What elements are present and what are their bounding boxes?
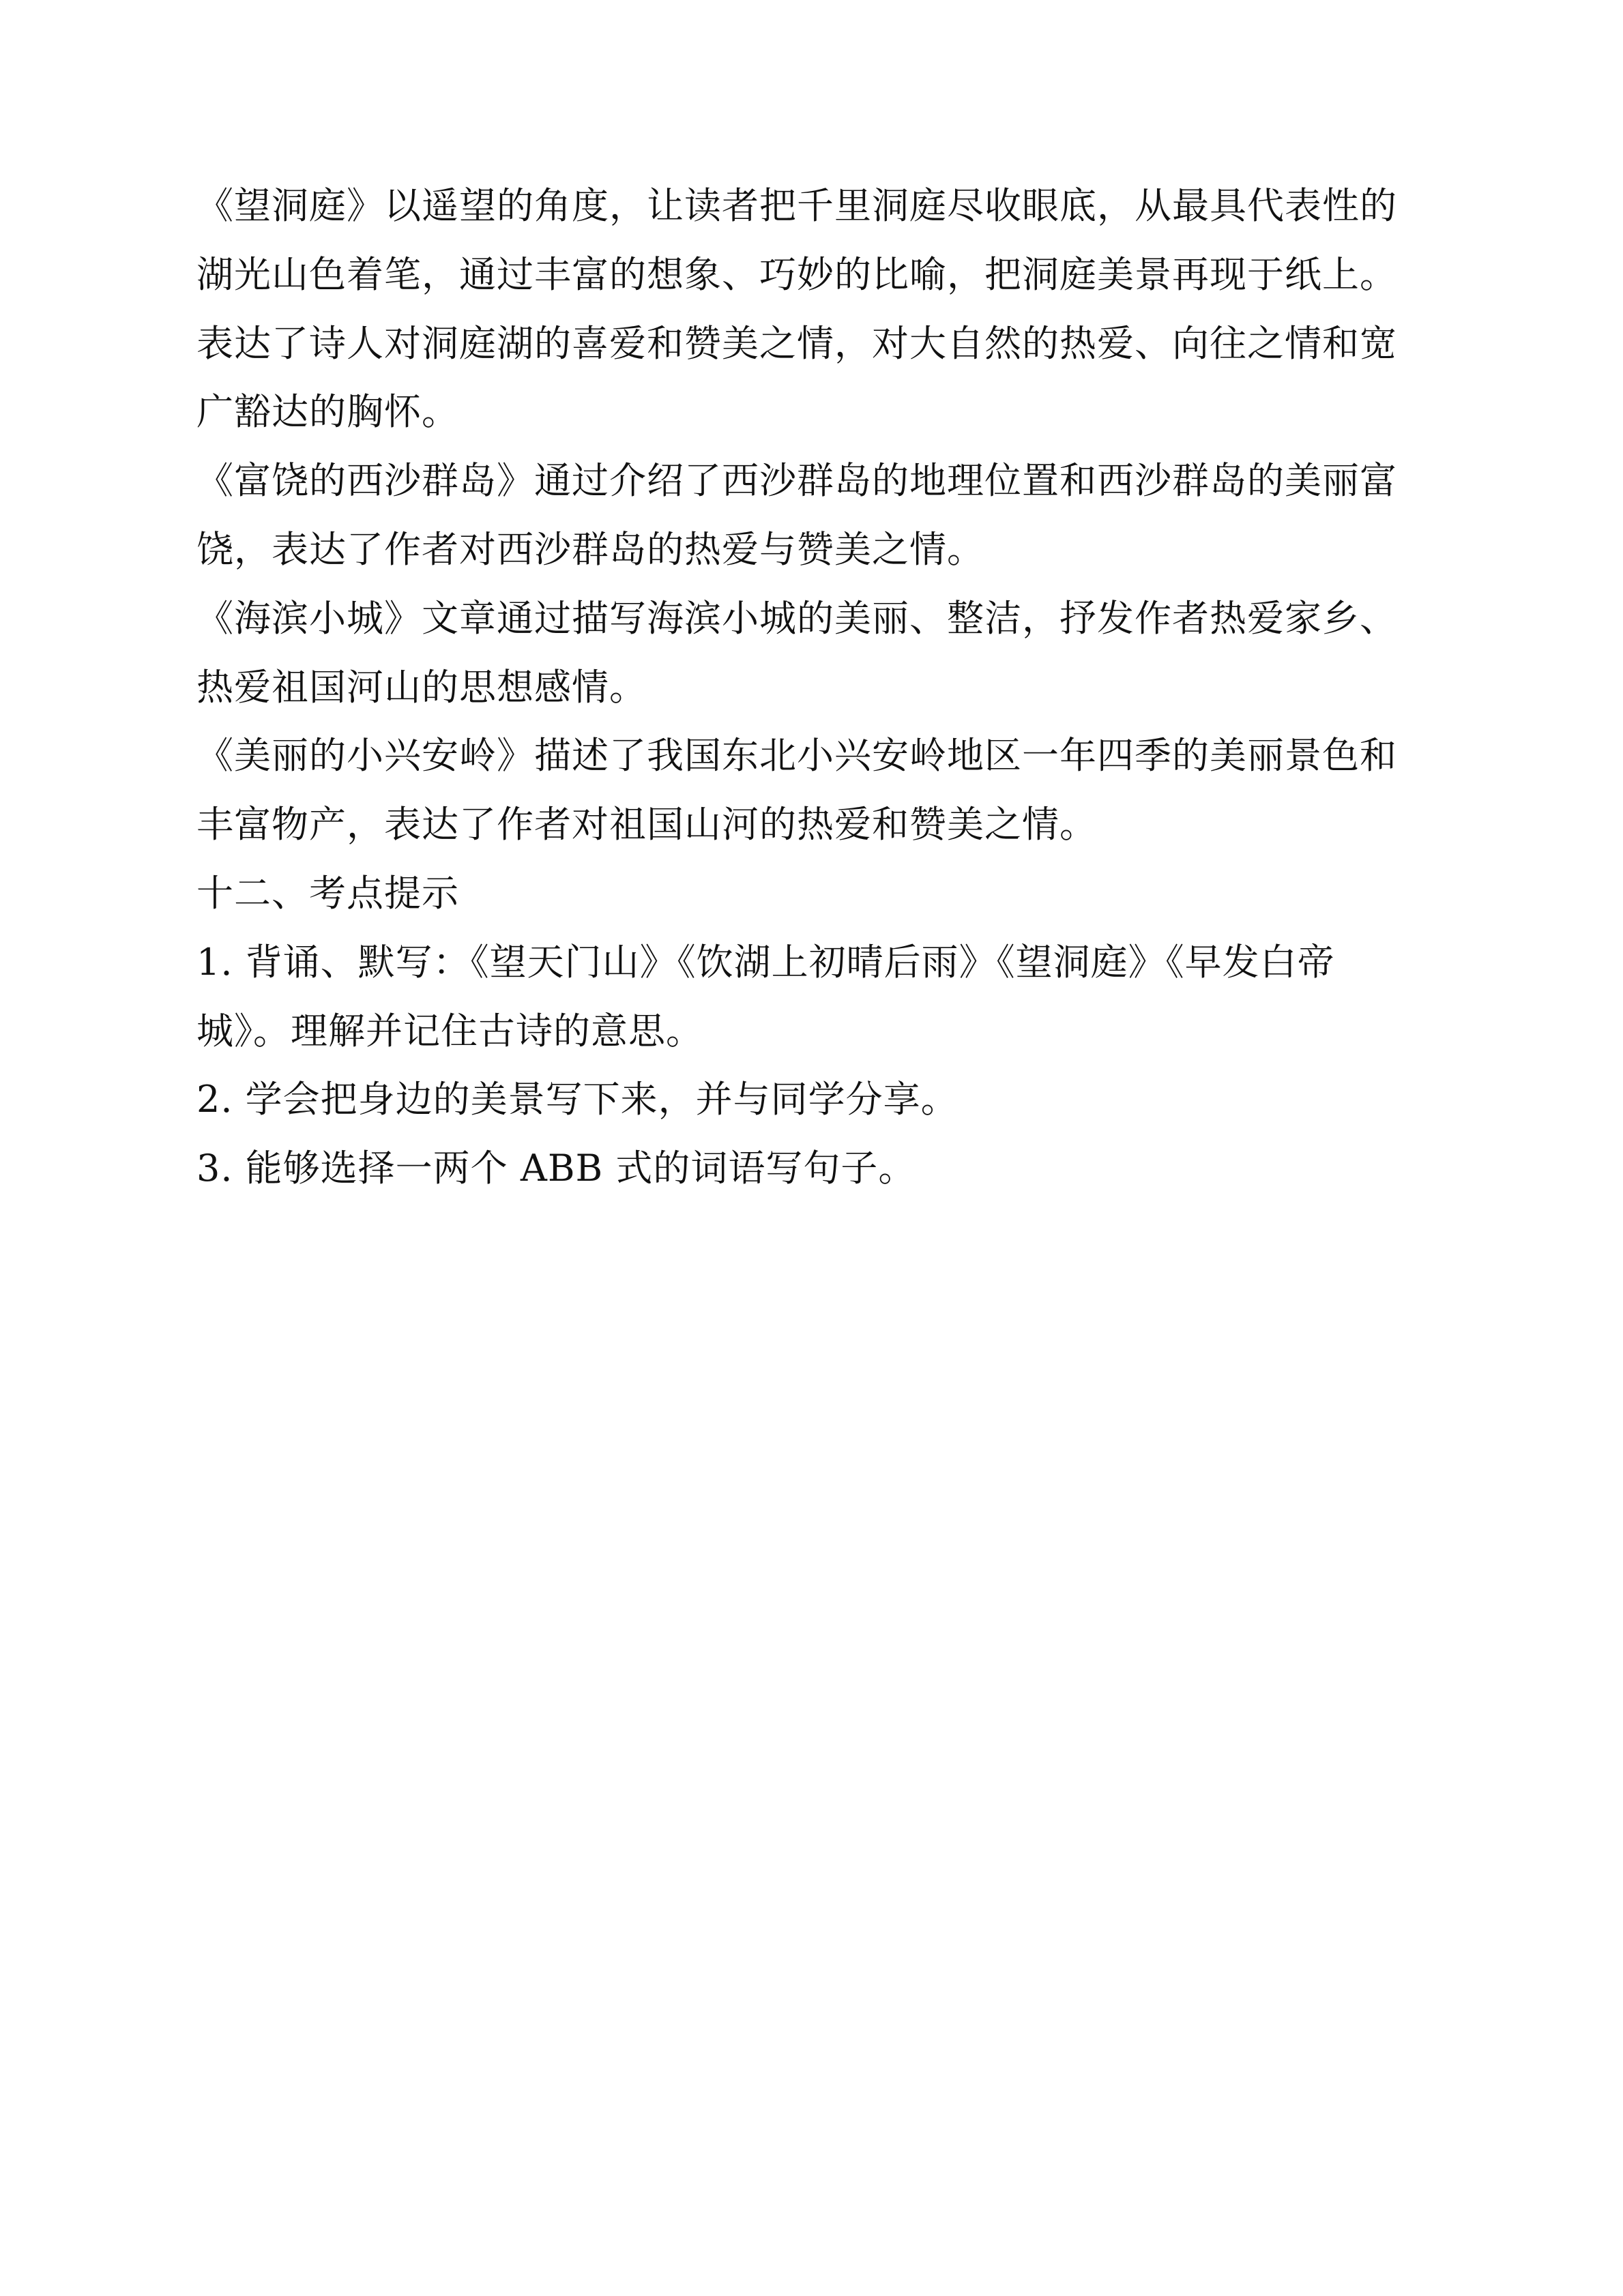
key-point-2: 2. 学会把身边的美景写下来，并与同学分享。 [196, 1065, 1438, 1134]
text-line: 《美丽的小兴安岭》描述了我国东北小兴安岭地区一年四季的美丽景色和 [196, 722, 1438, 791]
text-line: 《富饶的西沙群岛》通过介绍了西沙群岛的地理位置和西沙群岛的美丽富 [196, 447, 1438, 516]
text-line: 3. 能够选择一两个 ABB 式的词语写句子。 [196, 1134, 1438, 1203]
section-heading: 十二、考点提示 [196, 859, 1438, 928]
text-line: 城》。理解并记住古诗的意思。 [196, 997, 1438, 1066]
text-line: 《海滨小城》文章通过描写海滨小城的美丽、整洁，抒发作者热爱家乡、 [196, 585, 1438, 653]
paragraph-xisha-islands: 《富饶的西沙群岛》通过介绍了西沙群岛的地理位置和西沙群岛的美丽富 饶，表达了作者… [196, 447, 1438, 585]
text-line: 饶，表达了作者对西沙群岛的热爱与赞美之情。 [196, 516, 1438, 585]
document-page: 《望洞庭》以遥望的角度，让读者把千里洞庭尽收眼底，从最具代表性的 湖光山色着笔，… [196, 172, 1438, 1203]
text-line: 1. 背诵、默写：《望天门山》《饮湖上初晴后雨》《望洞庭》《早发白帝 [196, 928, 1438, 997]
key-point-1: 1. 背诵、默写：《望天门山》《饮湖上初晴后雨》《望洞庭》《早发白帝 城》。理解… [196, 928, 1438, 1066]
text-line: 广豁达的胸怀。 [196, 378, 1438, 447]
text-line: 湖光山色着笔，通过丰富的想象、巧妙的比喻，把洞庭美景再现于纸上。 [196, 241, 1438, 310]
text-line: 《望洞庭》以遥望的角度，让读者把千里洞庭尽收眼底，从最具代表性的 [196, 172, 1438, 241]
text-line: 热爱祖国河山的思想感情。 [196, 653, 1438, 722]
text-line: 丰富物产，表达了作者对祖国山河的热爱和赞美之情。 [196, 791, 1438, 859]
paragraph-xiaoxinganling: 《美丽的小兴安岭》描述了我国东北小兴安岭地区一年四季的美丽景色和 丰富物产，表达… [196, 722, 1438, 859]
paragraph-seaside-town: 《海滨小城》文章通过描写海滨小城的美丽、整洁，抒发作者热爱家乡、 热爱祖国河山的… [196, 585, 1438, 722]
key-point-3: 3. 能够选择一两个 ABB 式的词语写句子。 [196, 1134, 1438, 1203]
paragraph-wang-dongting: 《望洞庭》以遥望的角度，让读者把千里洞庭尽收眼底，从最具代表性的 湖光山色着笔，… [196, 172, 1438, 447]
text-line: 2. 学会把身边的美景写下来，并与同学分享。 [196, 1065, 1438, 1134]
text-line: 表达了诗人对洞庭湖的喜爱和赞美之情，对大自然的热爱、向往之情和宽 [196, 310, 1438, 379]
